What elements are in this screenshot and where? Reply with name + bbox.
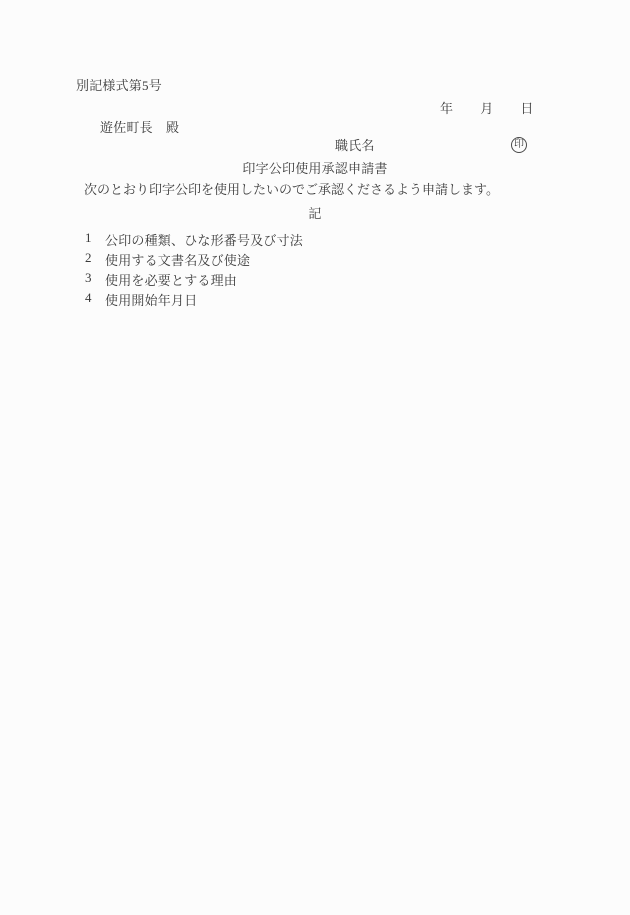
list-item: 3 使用を必要とする理由 xyxy=(85,270,303,290)
item-number: 2 xyxy=(85,250,97,266)
application-statement: 次のとおり印字公印を使用したいのでご承認くださるよう申請します。 xyxy=(84,182,499,198)
day-label: 日 xyxy=(520,101,533,117)
seal-icon: 印 xyxy=(511,137,527,153)
document-page: 別記様式第5号 年 月 日 遊佐町長 殿 職氏名 印 印字公印使用承認申請書 次… xyxy=(0,0,630,915)
item-text: 使用する文書名及び使途 xyxy=(105,250,250,269)
form-number: 別記様式第5号 xyxy=(76,78,162,94)
month-label: 月 xyxy=(480,101,493,117)
item-text: 使用を必要とする理由 xyxy=(105,270,237,289)
item-number: 1 xyxy=(85,230,97,246)
item-number: 3 xyxy=(85,270,97,286)
item-text: 使用開始年月日 xyxy=(105,290,197,309)
item-text: 公印の種類、ひな形番号及び寸法 xyxy=(105,230,303,249)
date-line: 年 月 日 xyxy=(440,101,534,117)
item-number: 4 xyxy=(85,290,97,306)
seal-character: 印 xyxy=(514,140,524,150)
document-title: 印字公印使用承認申請書 xyxy=(0,161,630,177)
addressee: 遊佐町長 殿 xyxy=(100,120,179,136)
year-label: 年 xyxy=(440,101,453,117)
signer-name-label: 職氏名 xyxy=(335,138,375,154)
list-item: 1 公印の種類、ひな形番号及び寸法 xyxy=(85,230,303,250)
list-item: 2 使用する文書名及び使途 xyxy=(85,250,303,270)
list-marker: 記 xyxy=(0,206,630,222)
list-item: 4 使用開始年月日 xyxy=(85,290,303,310)
item-list: 1 公印の種類、ひな形番号及び寸法 2 使用する文書名及び使途 3 使用を必要と… xyxy=(85,230,303,310)
